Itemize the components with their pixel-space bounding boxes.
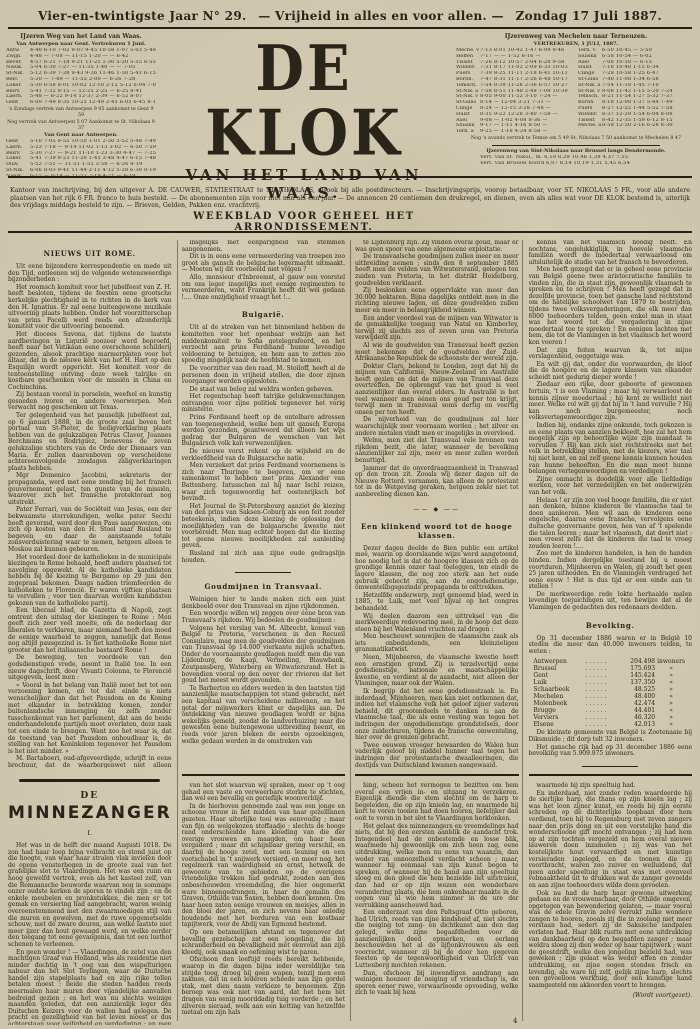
article-paragraph: De nijverheid van de goudmijnen zal hier… [355, 417, 519, 437]
city-name: Brugge [533, 707, 585, 714]
timetable-waas-title: IJzeren Weg van het Land van Waas. [6, 33, 156, 41]
article-paragraph: Jammer dat de onverdraagzaamheid in Tran… [355, 466, 519, 499]
feuilleton-rule [182, 774, 346, 776]
timetable-waas-note1: 's Zondags vertrek van Antwerpen 9 05 aa… [6, 107, 156, 119]
notice-bottom-rule [8, 231, 692, 233]
serial-title-prefix: DE [8, 791, 172, 801]
leader-dots: . . . . . . [585, 679, 621, 686]
article-paragraph: Ook nu had de harp haar gewone uitwerkin… [529, 891, 693, 990]
article-paragraph: Dan, ofschoon bij inwendigen aandrang aa… [355, 971, 519, 997]
article-paragraph: Al wie de goudvelden van Transvaal heeft… [355, 343, 519, 363]
subscription-notice: Kantoor van inschrijving, bij den uitgev… [10, 187, 690, 210]
departure-times: 9-25 — 1-18 4-24 8-58 — [480, 129, 574, 135]
timetable-waas-up-subtitle: Van Gent naar Antwerpen. [6, 132, 156, 139]
article-paragraph: Pater Ferrari, van de Sociëteit van Jesu… [8, 507, 172, 553]
article-paragraph: waarmede hij zijn speeltuig had. [529, 783, 693, 790]
city-name: Luik [533, 679, 585, 686]
article-paragraph: Het gelaat des minnezangers en vreemdeli… [355, 824, 519, 910]
timetable-mechelen-title: IJzerenweg van Mechelen naar Terneuzen. [456, 33, 696, 41]
timetable-waas-down-rows: Antw.4-40 6-10 7-02 9-07 9-45 10-58 1-07… [6, 48, 156, 106]
population-row: Luik. . . . . .137.350» [533, 679, 687, 686]
population-table: Antwerpen. . . . . .204.498inwonersBruss… [533, 658, 687, 728]
article-paragraph: De beweging, ten voordeele van den godsd… [8, 655, 172, 681]
serial-title: MINNEZANGER. [8, 803, 172, 823]
article-paragraph: Ziedaar een rijke, door geboorte of gewo… [529, 382, 693, 422]
article-paragraph: De staat van beleg zal weldra worden geh… [182, 387, 346, 394]
article-paragraph: te Lijdenburg zijn. Zij vinden overal go… [355, 240, 519, 253]
population-value: 48.525 [621, 686, 655, 693]
population-row: Gent. . . . . .145.424» [533, 672, 687, 679]
section-divider [235, 572, 291, 573]
population-value: 46.320 [621, 714, 655, 721]
article-paragraph: Dokter Clars, bekend te Londen, zegt dat… [355, 364, 519, 417]
article-paragraph: Het was in de helft der maand Augusti 10… [8, 843, 172, 949]
column-1-feuilleton: DEMINNEZANGER.I.Het was in de helft der … [8, 772, 172, 1025]
article-paragraph: Zij beslonken eene oppervlakte van meer … [355, 288, 519, 314]
article-paragraph: Prins Ferdinand heeft op de ontelbare ad… [182, 415, 346, 448]
timetable-waas-down-subtitle: Van Antwerpen naar Gent. Vertrekuren 1 J… [6, 41, 156, 48]
article-paragraph: Het voordeel door de katholieken in de m… [8, 555, 172, 608]
timetable-waas: IJzeren Weg van het Land van Waas. Van A… [6, 33, 156, 176]
population-value: 204.498 [621, 658, 655, 665]
population-row: Brussel. . . . . .175.693» [533, 665, 687, 672]
ornament-divider: —— ◆ —— [355, 506, 519, 513]
station-name: Gent [6, 100, 30, 106]
population-row: Brugge. . . . . .44.401» [533, 707, 687, 714]
article-paragraph: Een ander voordeel van de mijnen van Wit… [355, 316, 519, 342]
population-value: 48.400 [621, 693, 655, 700]
section-divider [582, 766, 638, 767]
population-row: Elsene. . . . . .42.013» [533, 721, 687, 728]
notice-top-rule [8, 176, 692, 178]
population-value: 145.424 [621, 672, 655, 679]
station-name: Meche. a [578, 123, 602, 129]
population-unit: » [655, 707, 687, 714]
article-paragraph: kennis van het vlaamsch noodig heeft. En… [529, 240, 693, 266]
timetable-divider [492, 145, 660, 146]
article-paragraph: Volgens het verslag van M. Albrecht, kon… [182, 626, 346, 685]
article-paragraph: De merkweerdige rede lokte herhaalde mal… [529, 592, 693, 612]
article-paragraph: Men verzekert dat prins Ferdinand voorne… [182, 463, 346, 503]
article-paragraph: Te Barberton en elders werden in den laa… [182, 686, 346, 745]
city-name: Verviers [533, 714, 585, 721]
departure-times: 8-58 12-50 2-16 6-28 8-30 [602, 123, 696, 129]
timetable-row: Tern. a9-25 — 1-18 4-24 8-58 — [456, 129, 574, 135]
section-heading: Bulgarië. [182, 310, 346, 319]
leader-dots: . . . . . . [585, 707, 621, 714]
column-4-articles: kennis van het vlaamsch noodig heeft. En… [529, 240, 693, 768]
paper-motto: — Vrijheid in alles en voor allen. — [258, 9, 504, 23]
feuilleton-rule [529, 774, 693, 776]
article-paragraph: Het roomsch komiteit voor het jubelfeest… [8, 285, 172, 331]
article-paragraph: insgelijks met eenparigheid van stemmen … [182, 240, 346, 253]
population-row: Mechelen. . . . . .48.400» [533, 693, 687, 700]
page-number: 4 [513, 1017, 517, 1025]
article-paragraph: Mgr Domenico Jacobini, sekretaris der pr… [8, 473, 172, 506]
population-unit: » [655, 714, 687, 721]
article-paragraph: Een woordje willen wij zeggen over ééne … [182, 611, 346, 624]
paper-title: DE KLOK [150, 36, 458, 166]
timetable-row: Meche. a8-58 12-50 2-16 6-28 8-30 [578, 123, 696, 129]
population-row: Verviers. . . . . .46.320» [533, 714, 687, 721]
city-name: Elsene [533, 721, 585, 728]
population-row: Schaarbeek. . . . . .48.525» [533, 686, 687, 693]
article-paragraph: Dat zijn feiten waarvan ik, tot mijne ve… [529, 348, 693, 361]
column-separator [350, 240, 351, 1021]
column-separator [177, 240, 178, 1021]
column-1: NIEUWS UIT ROME.Uit eene bijzondere korr… [8, 240, 172, 1025]
column-2: insgelijks met eenparigheid van stemmen … [182, 240, 346, 1025]
leader-dots: . . . . . . [585, 672, 621, 679]
city-name: Molenbeek [533, 700, 585, 707]
issue-date: Zondag 17 Juli 1887. [516, 9, 662, 23]
timetable-mechelen-down-rows: Meche. v7-13 8-01 10-42 1-47 6-09 9-46He… [456, 48, 574, 135]
article-paragraph: « Vooral in het belang van Italië moet h… [8, 683, 172, 756]
article-paragraph: Het gansche rijk had op 31 december 1886… [529, 745, 693, 758]
timetable-brussel-title: IJzerenweg van Sint-Nikolaas naar Brusse… [456, 148, 696, 155]
population-unit: » [655, 721, 687, 728]
feuilleton-rule [355, 774, 519, 776]
column-1-articles: NIEUWS UIT ROME.Uit eene bijzondere korr… [8, 240, 172, 768]
article-paragraph: Men heeft gezegd dat er in geheel eene p… [529, 267, 693, 346]
city-name: Mechelen [533, 693, 585, 700]
article-paragraph: Weinigen hier te lande maken zich een ju… [182, 597, 346, 610]
newspaper-page: Vier-en-twintigste Jaar N° 29. — Vrijhei… [0, 0, 700, 1029]
article-paragraph: Uit al de streken van het binnenland heb… [182, 325, 346, 365]
leader-dots: . . . . . . [585, 665, 621, 672]
leader-dots: . . . . . . [585, 700, 621, 707]
population-unit: » [655, 693, 687, 700]
article-paragraph: Hetzelfde onderwerp, zegt genoemd blad, … [355, 593, 519, 613]
chapter-number: I. [8, 829, 172, 837]
article-paragraph: Zoo met de kinderen handelen, is hen de … [529, 551, 693, 591]
article-paragraph: En wilt gij dat, onder die voorwaarden, … [529, 362, 693, 382]
article-paragraph: Dit is in eens eene vermeerdering van tr… [182, 254, 346, 274]
article-paragraph: Zijne onmacht is doodelijk voor alle lie… [529, 477, 693, 497]
departure-times: 6-00 7-49 8-35 10-25 12-49 2-45 6-05 6-4… [30, 100, 156, 106]
article-paragraph: Zij bestaan vooral in porselein, weefsel… [8, 392, 172, 412]
article-paragraph: Men beschouwt somwijlen de vlaamsche zaa… [355, 634, 519, 654]
article-paragraph: Uit eene bijzondere korrespondentie en m… [8, 264, 172, 284]
population-value: 137.350 [621, 679, 655, 686]
column-4-feuilleton: waarmede hij zijn speeltuig had.En inder… [529, 772, 693, 1025]
article-paragraph: Ik begrijp dat het eene godsdienstzaak i… [355, 689, 519, 742]
article-paragraph: hing, scheen het vermogen te bezitten om… [355, 783, 519, 823]
city-name: Schaarbeek [533, 686, 585, 693]
leader-dots: . . . . . . [585, 721, 621, 728]
departure-times: Vert. van Brussel noord 6,07 8,14 10,19 … [480, 161, 696, 167]
population-unit: » [655, 700, 687, 707]
article-paragraph: van het slot waarvan wij spraken, meer o… [182, 783, 346, 803]
timetable-mechelen-subtitle: VERTREKUREN, 1 JULI, 1887. [456, 41, 696, 48]
article-paragraph: En inderdaad, niet zonder reden waardeer… [529, 791, 693, 890]
population-value: 175.693 [621, 665, 655, 672]
station-name: Tern. a [456, 129, 480, 135]
leader-dots: . . . . . . [585, 714, 621, 721]
header-row: Vier-en-twintigste Jaar N° 29. — Vrijhei… [38, 9, 662, 23]
article-paragraph: En geen wonder ! — Vlaardingen, de zetel… [8, 950, 172, 1026]
section-heading: Een klinkend woord tot de hooge klassen. [355, 522, 519, 540]
article-paragraph: Ofschoon den leeftijd reeds bereikt hebb… [182, 957, 346, 1016]
timetable-row: Gent6-00 7-49 8-35 10-25 12-49 2-45 6-05… [6, 100, 156, 106]
article-paragraph: De transvaalsche goudmijnen zullen meer … [355, 254, 519, 287]
header-rule [8, 27, 692, 29]
leader-dots: . . . . . . [585, 686, 621, 693]
article-paragraph: Neen, Mijnheeren, de vlaamsche kwestie h… [355, 655, 519, 688]
paper-tagline: WEEKBLAD VOOR GEHEEL HET ARRONDISSEMENT. [150, 211, 458, 233]
city-name: Gent [533, 672, 585, 679]
section-heading: Bevolking. [529, 621, 693, 630]
to-be-continued-note: (Wordt voortgezet). [529, 993, 693, 1000]
article-paragraph: De kleinste gemeente van België is Zoete… [529, 730, 693, 743]
timetable-brussel-rows: Vert. van St. Nikol., m. 6,19 8,29 10,46… [456, 155, 696, 167]
city-name: Antwerpen [533, 658, 585, 665]
edition-number: Vier-en-twintigste Jaar N° 29. [38, 9, 246, 23]
article-paragraph: De nieuwe vorst rekent op de wijsheid en… [182, 449, 346, 462]
section-heading: Goudmijnen in Transvaal. [182, 582, 346, 591]
article-paragraph: Het diocees Savona, dat tijdens de laats… [8, 332, 172, 391]
column-2-articles: insgelijks met eenparigheid van stemmen … [182, 240, 346, 768]
article-paragraph: Op een betamelijken afstand en tegenover… [182, 930, 346, 956]
population-row: Molenbeek. . . . . .42.474» [533, 700, 687, 707]
article-paragraph: Ter gelegenheid van het pauselijk jubelf… [8, 413, 172, 472]
article-paragraph: De voorzitter van den raad, M. Stoiloff,… [182, 366, 346, 386]
timetable-mechelen: IJzerenweg van Mechelen naar Terneuzen. … [456, 33, 696, 176]
feuilleton-title-rule [19, 779, 160, 782]
column-3: te Lijdenburg zijn. Zij vinden overal go… [355, 240, 519, 1025]
article-paragraph: Allo, monsieur d'Inbreemst, al gauw een … [182, 275, 346, 301]
article-paragraph: Wij deelen daarom een uittreksel van die… [355, 614, 519, 634]
timetable-waas-note2: Nog vertrek van Antwerpen 5 07 Aankomst … [6, 120, 156, 132]
article-paragraph: Indien hij, ondanks zijne onkunde, toch … [529, 423, 693, 476]
article-paragraph: Rusland zal zich aan zijne oude gedragsl… [182, 551, 346, 564]
population-unit: » [655, 686, 687, 693]
column-4: kennis van het vlaamsch noodig heeft. En… [529, 240, 693, 1025]
timetable-row: Vert. van Brussel noord 6,07 8,14 10,19 … [456, 161, 696, 167]
population-value: 42.474 [621, 700, 655, 707]
column-3-feuilleton: hing, scheen het vermogen te bezitten om… [355, 772, 519, 1025]
population-row: Antwerpen. . . . . .204.498inwoners [533, 658, 687, 665]
section-heading: NIEUWS UIT ROME. [8, 249, 172, 258]
column-2-feuilleton: van het slot waarvan wij spraken, meer o… [182, 772, 346, 1025]
article-paragraph: Welnu, men ziet dat Transvaal vele bronn… [355, 438, 519, 464]
article-paragraph: Dezer dagen deelde de Bien public een ar… [355, 546, 519, 592]
article-paragraph: Een liberaal blad, de Gazetta di Napoli,… [8, 608, 172, 654]
article-paragraph: Het regentschap heeft talrijke gelukwens… [182, 394, 346, 414]
station-name [456, 161, 480, 167]
population-unit: » [655, 672, 687, 679]
article-paragraph: Op 31 december 1886 waren er in België 1… [529, 636, 693, 656]
population-unit: inwoners [655, 658, 687, 665]
population-value: 42.013 [621, 721, 655, 728]
column-3-articles: te Lijdenburg zijn. Zij vinden overal go… [355, 240, 519, 768]
article-paragraph: Helaas ! er zijn zoo veel hooge familiën… [529, 498, 693, 551]
leader-dots: . . . . . . [585, 693, 621, 700]
timetable-waas-up-rows: Gent5-10 7-05 8-55 10-50 1-01 2-50 5-52 … [6, 139, 156, 176]
population-unit: » [655, 665, 687, 672]
timetable-mechelen-note: Nog 's avonds vertrek te Temse om 5 49 S… [456, 136, 696, 142]
article-paragraph: M. Bartaboeri, oud-afgeveerdigde, schrij… [8, 756, 172, 768]
article-paragraph: Een onderzaat van den Paltsgraaf Otto ge… [355, 910, 519, 969]
population-unit: » [655, 679, 687, 686]
article-paragraph: In de hierboven genoemde zaal was een jo… [182, 804, 346, 929]
column-separator [522, 240, 523, 1021]
city-name: Brussel [533, 665, 585, 672]
article-paragraph: Twee eeuwen vroeger bewaarden de Walen h… [355, 743, 519, 768]
leader-dots: . . . . . . [585, 658, 621, 665]
article-paragraph: Het Journal de St-Petersbourg aanziet de… [182, 504, 346, 550]
population-value: 44.401 [621, 707, 655, 714]
timetable-mechelen-up-rows: Tern. v6-50 10-45 — 5-50Sluiskil6-58 10-… [578, 48, 696, 135]
